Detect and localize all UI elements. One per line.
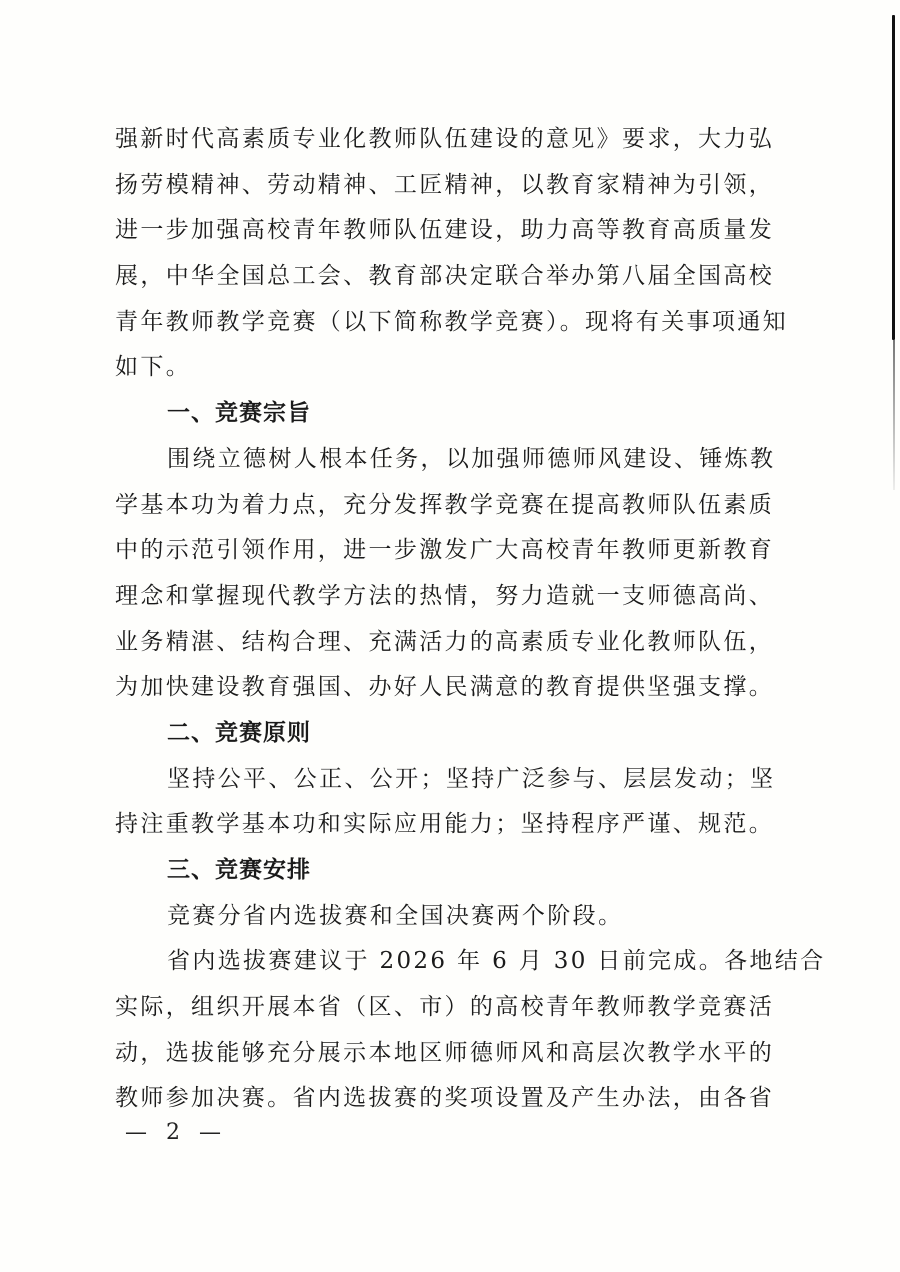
text-line: 为加快建设教育强国、办好人民满意的教育提供坚强支撑。 xyxy=(115,670,780,716)
text-line: 扬劳模精神、劳动精神、工匠精神，以教育家精神为引领， xyxy=(115,168,780,214)
page-number: — 2 — xyxy=(125,1120,227,1145)
text-line: 青年教师教学竞赛（以下简称教学竞赛）。现将有关事项通知 xyxy=(115,305,780,351)
text-line: 实际，组织开展本省（区、市）的高校青年教师教学竞赛活 xyxy=(115,990,780,1036)
section-heading: 三、竞赛安排 xyxy=(115,853,780,899)
text-line: 强新时代高素质专业化教师队伍建设的意见》要求，大力弘 xyxy=(115,122,780,168)
text-line: 竞赛分省内选拔赛和全国决赛两个阶段。 xyxy=(115,899,780,945)
text-line: 动，选拔能够充分展示本地区师德师风和高层次教学水平的 xyxy=(115,1036,780,1082)
text-line: 围绕立德树人根本任务，以加强师德师风建设、锤炼教 xyxy=(115,442,780,488)
section-heading: 二、竞赛原则 xyxy=(115,716,780,762)
scan-edge-fade xyxy=(893,340,895,490)
text-line: 持注重教学基本功和实际应用能力；坚持程序严谨、规范。 xyxy=(115,807,780,853)
section-principles: 二、竞赛原则 坚持公平、公正、公开；坚持广泛参与、层层发动；坚 持注重教学基本功… xyxy=(115,716,780,853)
document-page: 强新时代高素质专业化教师队伍建设的意见》要求，大力弘 扬劳模精神、劳动精神、工匠… xyxy=(0,0,900,1272)
text-line: 如下。 xyxy=(115,350,780,396)
text-line: 省内选拔赛建议于 2026 年 6 月 30 日前完成。各地结合 xyxy=(115,944,780,990)
text-line: 坚持公平、公正、公开；坚持广泛参与、层层发动；坚 xyxy=(115,762,780,808)
document-body: 强新时代高素质专业化教师队伍建设的意见》要求，大力弘 扬劳模精神、劳动精神、工匠… xyxy=(115,122,780,1127)
section-purpose: 一、竞赛宗旨 围绕立德树人根本任务，以加强师德师风建设、锤炼教 学基本功为着力点… xyxy=(115,396,780,716)
text-line: 学基本功为着力点，充分发挥教学竞赛在提高教师队伍素质 xyxy=(115,488,780,534)
section-arrangement: 三、竞赛安排 竞赛分省内选拔赛和全国决赛两个阶段。 省内选拔赛建议于 2026 … xyxy=(115,853,780,1127)
section-heading: 一、竞赛宗旨 xyxy=(115,396,780,442)
scan-edge-line xyxy=(892,15,895,340)
text-line: 展，中华全国总工会、教育部决定联合举办第八届全国高校 xyxy=(115,259,780,305)
text-line: 业务精湛、结构合理、充满活力的高素质专业化教师队伍， xyxy=(115,625,780,671)
text-line: 理念和掌握现代教学方法的热情，努力造就一支师德高尚、 xyxy=(115,579,780,625)
text-line: 进一步加强高校青年教师队伍建设，助力高等教育高质量发 xyxy=(115,213,780,259)
text-line: 中的示范引领作用，进一步激发广大高校青年教师更新教育 xyxy=(115,533,780,579)
paragraph-intro: 强新时代高素质专业化教师队伍建设的意见》要求，大力弘 扬劳模精神、劳动精神、工匠… xyxy=(115,122,780,396)
